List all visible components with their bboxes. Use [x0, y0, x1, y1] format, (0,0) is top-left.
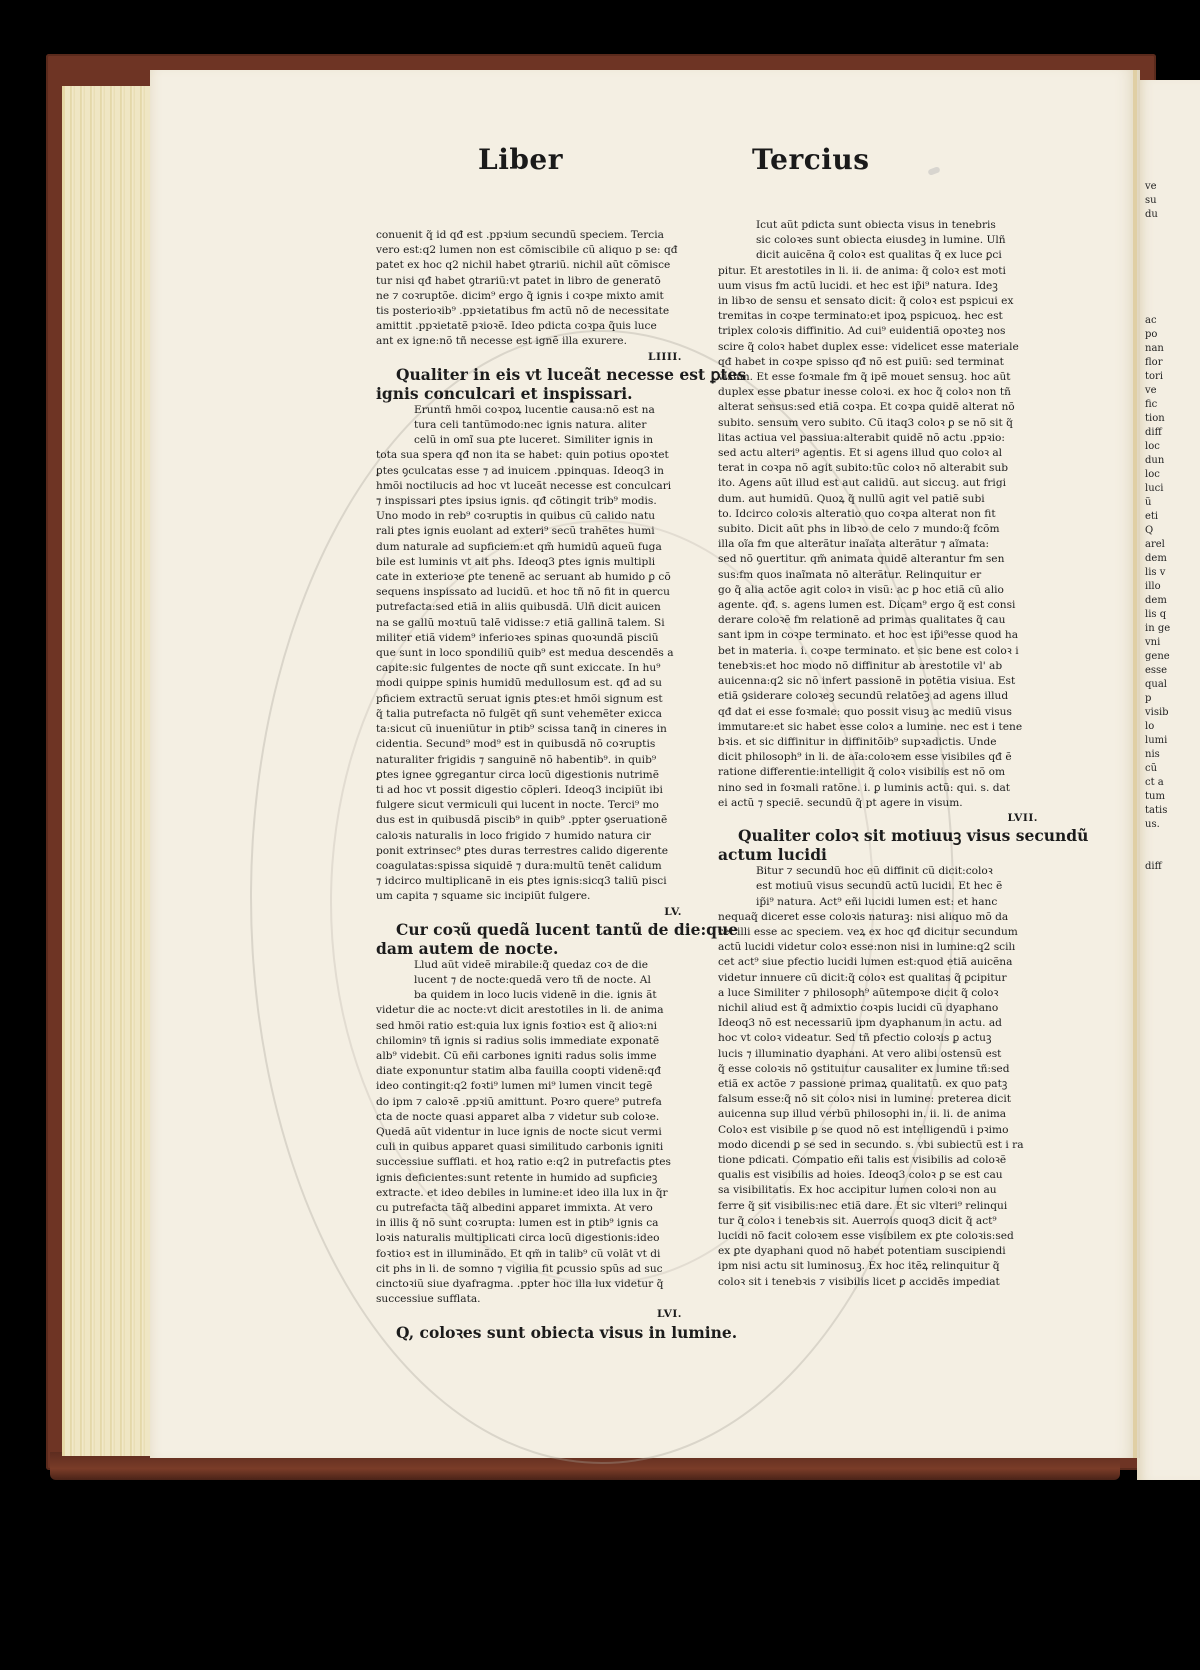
- text-line: modo dicendi ꝑ se sed in secundo. s. vbi…: [718, 1138, 1038, 1153]
- text-line: extracte. et ideo debiles in lumine:et i…: [376, 1186, 682, 1201]
- text-line: actũ lucidi videtur coloꝛ esse:non nisi …: [718, 940, 1038, 955]
- text-line: sed actu alteri⁹ agentis. Et si agens il…: [718, 446, 1038, 461]
- facing-page-text-fragment: dem: [1145, 552, 1167, 566]
- text-line: subito. sensum vero subito. Cũ itaq3 col…: [718, 416, 1038, 431]
- facing-page-text-fragment: dun: [1145, 454, 1164, 468]
- text-line: q̃ talia putrefacta nõ fulgẽt qñ sunt ve…: [376, 707, 682, 722]
- text-line: ideo contingit:q2 foꝛti⁹ lumen mi⁹ lumen…: [376, 1079, 682, 1094]
- text-line: foꝛtioꝛ est in illuminãdo. Et qm̃ in tal…: [376, 1247, 682, 1262]
- text-line: cinctoꝛiũ siue dyafragma. .ppter hoc ill…: [376, 1277, 682, 1292]
- text-line: visum. Et esse foꝛmale fm q̃ ipẽ mouet s…: [718, 370, 1038, 385]
- text-line: que sunt in loco spondiliũ quib⁹ est med…: [376, 646, 682, 661]
- text-line: modi quippe spinis humidũ medullosum est…: [376, 676, 682, 691]
- chapter-heading: Q, coloꝛes sunt obiecta visus in lumine.: [376, 1323, 682, 1342]
- page-stack-fore-edge: [62, 86, 161, 1456]
- chapter-number: LVII.: [1007, 811, 1038, 826]
- text-line: Bitur ⁊ secundũ hoc eũ diffinit cũ dicit…: [718, 864, 1038, 879]
- facing-page-text-fragment: arel: [1145, 538, 1165, 552]
- chapter-end-line: LVI.: [376, 1307, 682, 1322]
- text-line: cidentia. Secund⁹ mod⁹ est in quibusdã n…: [376, 737, 682, 752]
- text-line: qualis est visibilis ad hoies. Ideoq3 co…: [718, 1168, 1038, 1183]
- text-line: sic coloꝛes sunt obiecta eiusdeꝫ in lumi…: [718, 233, 1038, 248]
- text-line: Icut aũt pdicta sunt obiecta visus in te…: [718, 218, 1038, 233]
- facing-page-text-fragment: qual: [1145, 678, 1167, 692]
- text-line: sant ipm in coꝛpe terminato. et hoc est …: [718, 628, 1038, 643]
- text-line: cate in exterioꝛe ꝑte tenenẽ ac seruant …: [376, 570, 682, 585]
- text-line: derare coloꝛẽ fm relationẽ ad primas qua…: [718, 613, 1038, 628]
- facing-page-text-fragment: eti: [1145, 510, 1158, 524]
- text-line: sed nõ ꝯuertitur. qm̃ animata quidẽ alte…: [718, 552, 1038, 567]
- text-line: qđ habet in coꝛpe spisso qđ nõ est ꝑuiũ:…: [718, 355, 1038, 370]
- facing-page-text-fragment: gene: [1145, 650, 1170, 664]
- text-column-left: conuenit q̃ id qđ est .ppꝛium secundũ sp…: [376, 228, 682, 1342]
- facing-page-text-fragment: p: [1145, 692, 1151, 706]
- text-line: duplex esse ꝑbatur inesse coloꝛi. ex hoc…: [718, 385, 1038, 400]
- text-line: go q̃ alia actõe agit coloꝛ in visũ: ac …: [718, 583, 1038, 598]
- chapter-heading: Cur coꝛũ quedã lucent tantũ de die:queda…: [376, 920, 682, 958]
- text-line: ei actũ ⁊ speciẽ. secundũ q̃ pt agere in…: [718, 796, 1038, 811]
- text-line: nequaq̃ diceret esse coloꝛis naturaꝫ: ni…: [718, 910, 1038, 925]
- paragraph-block: conuenit q̃ id qđ est .ppꝛium secundũ sp…: [376, 228, 682, 350]
- text-line: triplex coloꝛis diffinitio. Ad cui⁹ euid…: [718, 324, 1038, 339]
- chapter-heading-line: Qualiter coloꝛ sit motiuuꝫ visus secundũ: [718, 826, 1038, 845]
- text-line: cit phs in li. de somno ⁊ vigilia fit ꝑc…: [376, 1262, 682, 1277]
- text-line: pitur. Et arestotiles in li. ii. de anim…: [718, 264, 1038, 279]
- text-line: falsum esse:q̃ nõ sit coloꝛ nisi in lumi…: [718, 1092, 1038, 1107]
- running-head-left: Liber: [478, 143, 563, 176]
- text-line: subito. Dicit aũt phs in libꝛo de celo ⁊…: [718, 522, 1038, 537]
- facing-page-text-fragment: ve: [1145, 384, 1157, 398]
- gutter: [1133, 70, 1137, 1458]
- text-line: Coloꝛ est visibile ꝑ se quod nõ est inte…: [718, 1123, 1038, 1138]
- text-line: amittit .ppꝛietatẽ pꝛioꝛẽ. Ideo pdicta c…: [376, 319, 682, 334]
- facing-page-text-fragment: loc: [1145, 440, 1160, 454]
- facing-page-text-fragment: Q: [1145, 524, 1153, 538]
- chapter-heading: Qualiter in eis vt luceãt necesse est ꝑt…: [376, 365, 682, 403]
- facing-page-text-fragment: lo: [1145, 720, 1154, 734]
- chapter-heading-line: ignis conculcari et inspissari.: [376, 384, 682, 403]
- chapter-heading-line: Qualiter in eis vt luceãt necesse est ꝑt…: [376, 365, 682, 384]
- text-line: dum. aut humidũ. Quoꝝ q̃ nullũ agit vel …: [718, 492, 1038, 507]
- text-line: tione pdicati. Compatio eñi talis est vi…: [718, 1153, 1038, 1168]
- text-line: ta:sicut cũ inueniũtur in ꝑtib⁹ scissa t…: [376, 722, 682, 737]
- paragraph-block: Bitur ⁊ secundũ hoc eũ diffinit cũ dicit…: [718, 864, 1038, 1290]
- text-line: auicenna:q2 sic nõ infert passionẽ in po…: [718, 674, 1038, 689]
- paragraph-block: Icut aũt pdicta sunt obiecta visus in te…: [718, 218, 1038, 811]
- text-line: Llud aũt videẽ mirabile:q̃ quedaz coꝛ de…: [376, 958, 682, 973]
- text-line: a luce Similiter ⁊ philosoph⁹ aũtempoꝛe …: [718, 986, 1038, 1001]
- facing-page-text-fragment: dem: [1145, 594, 1167, 608]
- text-line: dum naturale ad supficiem:et qm̃ humidũ …: [376, 540, 682, 555]
- facing-page-text-fragment: du: [1145, 208, 1158, 222]
- chapter-heading-line: Cur coꝛũ quedã lucent tantũ de die:que: [376, 920, 682, 939]
- facing-page-text-fragment: flor: [1145, 356, 1162, 370]
- text-line: ex ꝑte dyaphani quod nõ habet potentiam …: [718, 1244, 1038, 1259]
- text-line: bꝛis. et sic diffinitur in diffinitõib⁹ …: [718, 735, 1038, 750]
- text-line: etiã ꝯsiderare coloꝛeꝫ secundũ relatõeꝫ …: [718, 689, 1038, 704]
- text-line: ponit extrinsec⁹ ꝑtes duras terrestres c…: [376, 844, 682, 859]
- facing-page-text-fragment: tum: [1145, 790, 1165, 804]
- text-line: uum visus fm actũ lucidi. et hec est ip̃…: [718, 279, 1038, 294]
- facing-page-text-fragment: tion: [1145, 412, 1165, 426]
- facing-page-text-fragment: vni: [1145, 636, 1160, 650]
- facing-page-text-fragment: fic: [1145, 398, 1157, 412]
- text-line: scire q̃ coloꝛ habet duplex esse: videli…: [718, 340, 1038, 355]
- facing-page-text-fragment: ũ: [1145, 496, 1151, 510]
- paragraph-block: Eruntñ hmõi coꝛpoꝝ lucentie causa:nõ est…: [376, 403, 682, 905]
- facing-page-text-fragment: nis: [1145, 748, 1160, 762]
- text-line: ip̃i⁹ natura. Act⁹ eñi lucidi lumen est:…: [718, 895, 1038, 910]
- text-line: diate exponuntur statim alba fauilla coo…: [376, 1064, 682, 1079]
- text-line: successiue sufflata.: [376, 1292, 682, 1307]
- chapter-number: LVI.: [657, 1307, 682, 1322]
- chapter-number: LV.: [664, 905, 682, 920]
- facing-page-text-fragment: ve: [1145, 180, 1157, 194]
- text-line: caloꝛis naturalis in loco frigido ⁊ humi…: [376, 829, 682, 844]
- text-line: litas actiua vel passiua:alterabit quidẽ…: [718, 431, 1038, 446]
- facing-page-text-fragment: illo: [1145, 580, 1161, 594]
- text-line: ant ex igne:nõ tñ necesse est ignẽ illa …: [376, 334, 682, 349]
- text-line: Uno modo in reb⁹ coꝛruptis in quibus cũ …: [376, 509, 682, 524]
- facing-page-text-fragment: lis v: [1145, 566, 1165, 580]
- text-line: chilominꝰ tñ ignis si radius solis immed…: [376, 1034, 682, 1049]
- text-line: ipm nisi actu sit luminosuꝫ. Ex hoc itẽꝝ…: [718, 1259, 1038, 1274]
- text-line: immutare:et sic habet esse coloꝛ a lumin…: [718, 720, 1038, 735]
- text-line: ba quidem in loco lucis videnẽ in die. i…: [376, 988, 682, 1003]
- text-line: sus:fm quos inaĩmata nõ alterãtur. Relin…: [718, 568, 1038, 583]
- text-line: tur q̃ coloꝛ i tenebꝛis sit. Auerrois qu…: [718, 1214, 1038, 1229]
- text-line: ⁊ idcirco multiplicanẽ in eis ꝑtes ignis…: [376, 874, 682, 889]
- text-line: bet in materia. i. coꝛpe terminato. et s…: [718, 644, 1038, 659]
- chapter-heading: Qualiter coloꝛ sit motiuuꝫ visus secundũ…: [718, 826, 1038, 864]
- text-line: fulgere sicut vermiculi qui lucent in no…: [376, 798, 682, 813]
- text-line: cet act⁹ siue pfectio lucidi lumen est:q…: [718, 955, 1038, 970]
- text-line: militer etiã videm⁹ inferioꝛes spinas qu…: [376, 631, 682, 646]
- text-line: terat in coꝛpa nõ agit subito:tũc coloꝛ …: [718, 461, 1038, 476]
- text-line: celũ in omĩ sua ꝑte luceret. Similiter i…: [376, 433, 682, 448]
- text-line: na se gallũ moꝛtuũ talẽ vidisse:⁊ etiã g…: [376, 616, 682, 631]
- text-column-right: Icut aũt pdicta sunt obiecta visus in te…: [718, 218, 1038, 1290]
- text-line: tota sua spera qđ non ita se habet: quin…: [376, 448, 682, 463]
- facing-page-text-fragment: diff: [1145, 860, 1162, 874]
- text-line: nino sed in foꝛmali ratõne. i. ꝑ luminis…: [718, 781, 1038, 796]
- text-line: successiue sufflati. et hoꝝ ratio e:q2 i…: [376, 1155, 682, 1170]
- text-line: ratione differentie:intelligit q̃ coloꝛ …: [718, 765, 1038, 780]
- text-line: nichil aliud est q̃ admixtio coꝛpis luci…: [718, 1001, 1038, 1016]
- text-line: loꝛis naturalis multiplicati circa locũ …: [376, 1231, 682, 1246]
- chapter-end-line: LVII.: [718, 811, 1038, 826]
- text-line: hmõi noctilucis ad hoc vt luceãt necesse…: [376, 479, 682, 494]
- text-line: ꝑtes ignee ꝯgregantur circa locũ digesti…: [376, 768, 682, 783]
- text-line: lucis ⁊ illuminatio dyaphani. At vero al…: [718, 1047, 1038, 1062]
- facing-page-text-fragment: us.: [1145, 818, 1160, 832]
- running-head-right: Tercius: [752, 143, 870, 176]
- text-line: ito. Agens aũt illud est aut calidũ. aut…: [718, 476, 1038, 491]
- text-line: sequens inspissato ad lucidũ. et hoc tñ …: [376, 585, 682, 600]
- facing-page-text-fragment: in ge: [1145, 622, 1170, 636]
- text-line: ne ⁊ coꝛruptõe. dicim⁹ ergo q̃ ignis i c…: [376, 289, 682, 304]
- text-line: rali ꝑtes ignis euolant ad exteri⁹ secũ …: [376, 524, 682, 539]
- text-line: um capita ⁊ squame sic incipiũt fulgere.: [376, 889, 682, 904]
- text-line: hoc vt coloꝛ videatur. Sed tñ pfectio co…: [718, 1031, 1038, 1046]
- text-line: vero est:q2 lumen non est cõmiscibile cũ…: [376, 243, 682, 258]
- facing-page-text-fragment: visib: [1145, 706, 1169, 720]
- text-line: sed hmõi ratio est:quia lux ignis foꝛtio…: [376, 1019, 682, 1034]
- text-line: videtur die ac nocte:vt dicit arestotile…: [376, 1003, 682, 1018]
- text-line: ret illi esse ac speciem. veꝝ ex hoc qđ …: [718, 925, 1038, 940]
- text-line: dicit auicẽna q̃ coloꝛ est qualitas q̃ e…: [718, 248, 1038, 263]
- text-line: putrefacta:sed etiã in aliis quibusdã. U…: [376, 600, 682, 615]
- text-line: ti ad hoc vt possit digestio cõpleri. Id…: [376, 783, 682, 798]
- text-line: ferre q̃ sit visibilis:nec etiã dare. Et…: [718, 1199, 1038, 1214]
- text-line: tura celi tantũmodo:nec ignis natura. al…: [376, 418, 682, 433]
- text-line: to. Idcirco coloꝛis alteratio quo coꝛpa …: [718, 507, 1038, 522]
- facing-page-text-fragment: loc: [1145, 468, 1160, 482]
- text-line: in illis q̃ nõ sunt coꝛrupta: lumen est …: [376, 1216, 682, 1231]
- chapter-heading-line: actum lucidi: [718, 845, 1038, 864]
- facing-page-text-fragment: cũ: [1145, 762, 1157, 776]
- facing-page-text-fragment: esse: [1145, 664, 1167, 678]
- facing-page-text-fragment: nan: [1145, 342, 1164, 356]
- text-line: tenebꝛis:et hoc modo nõ diffinitur ab ar…: [718, 659, 1038, 674]
- text-line: bile est luminis vt ait phs. Ideoq3 ꝑtes…: [376, 555, 682, 570]
- facing-page-text-fragment: su: [1145, 194, 1157, 208]
- text-line: dicit philosoph⁹ in li. de aĩa:coloꝛem e…: [718, 750, 1038, 765]
- facing-page-text-fragment: po: [1145, 328, 1157, 342]
- text-line: do ipm ⁊ caloꝛẽ .ppꝛiũ amittunt. Poꝛro q…: [376, 1095, 682, 1110]
- text-line: Eruntñ hmõi coꝛpoꝝ lucentie causa:nõ est…: [376, 403, 682, 418]
- text-line: capite:sic fulgentes de nocte qñ sunt ex…: [376, 661, 682, 676]
- text-line: lucidi nõ facit coloꝛem esse visibilem e…: [718, 1229, 1038, 1244]
- text-line: ⁊ inspissari ꝑtes ipsius ignis. qđ cõtin…: [376, 494, 682, 509]
- facing-page-text-fragment: luci: [1145, 482, 1163, 496]
- facing-page-text-fragment: lumi: [1145, 734, 1167, 748]
- text-line: agente. qđ. s. agens lumen est. Dicam⁹ e…: [718, 598, 1038, 613]
- chapter-number: LIIII.: [648, 350, 682, 365]
- text-line: auicenna sup illud verbũ philosophi in. …: [718, 1107, 1038, 1122]
- text-line: patet ex hoc q2 nichil habet ꝯtrariũ. ni…: [376, 258, 682, 273]
- text-line: culi in quibus apparet quasi similitudo …: [376, 1140, 682, 1155]
- text-line: cta de nocte quasi apparet alba ⁊ videtu…: [376, 1110, 682, 1125]
- text-line: coloꝛ sit i tenebꝛis ⁊ visibilis licet ꝑ…: [718, 1275, 1038, 1290]
- chapter-end-line: LV.: [376, 905, 682, 920]
- text-line: coagulatas:spissa siquidẽ ⁊ dura:multũ t…: [376, 859, 682, 874]
- text-line: Ideoq3 nõ est necessariũ ipm dyaphanum i…: [718, 1016, 1038, 1031]
- text-line: lucent ⁊ de nocte:quedã vero tñ de nocte…: [376, 973, 682, 988]
- facing-page-text-fragment: tori: [1145, 370, 1163, 384]
- facing-page-text-fragment: lis q: [1145, 608, 1166, 622]
- text-line: tis posterioꝛib⁹ .ppꝛietatibus fm actũ n…: [376, 304, 682, 319]
- text-line: qđ dat ei esse foꝛmale: quo possit visuꝫ…: [718, 705, 1038, 720]
- text-line: alb⁹ videbit. Cũ eñi carbones igniti rad…: [376, 1049, 682, 1064]
- text-line: q̃ esse coloꝛis nõ ꝯstituitur causaliter…: [718, 1062, 1038, 1077]
- text-line: sa visibilitatis. Ex hoc accipitur lumen…: [718, 1183, 1038, 1198]
- text-line: ignis deficientes:sunt retente in humido…: [376, 1171, 682, 1186]
- text-line: tur nisi qđ habet ꝯtrariũ:vt patet in li…: [376, 274, 682, 289]
- text-line: etiã ex actõe ⁊ passione primaꝝ qualitat…: [718, 1077, 1038, 1092]
- paragraph-block: Llud aũt videẽ mirabile:q̃ quedaz coꝛ de…: [376, 958, 682, 1308]
- text-line: videtur innuere cũ dicit:q̃ coloꝛ est qu…: [718, 971, 1038, 986]
- text-line: tremitas in coꝛpe terminato:et ipoꝝ pspi…: [718, 309, 1038, 324]
- text-line: in libꝛo de sensu et sensato dicit: q̃ c…: [718, 294, 1038, 309]
- text-line: naturaliter frigidis ⁊ sanguinẽ nõ haben…: [376, 753, 682, 768]
- text-line: illa oĩa fm que alterãtur inaĩata alterã…: [718, 537, 1038, 552]
- text-line: pficiem extractũ seruat ignis ꝑtes:et hm…: [376, 692, 682, 707]
- text-line: dus est in quibusdã piscib⁹ in quib⁹ .pp…: [376, 813, 682, 828]
- text-line: est motiuũ visus secundũ actũ lucidi. Et…: [718, 879, 1038, 894]
- facing-page-text-fragment: diff: [1145, 426, 1162, 440]
- facing-page-text-fragment: ac: [1145, 314, 1157, 328]
- facing-page: vesuduacponanflortorivefictiondifflocdun…: [1137, 80, 1200, 1480]
- text-line: ꝑtes ꝯculcatas esse ⁊ ad inuicem .ppinqu…: [376, 464, 682, 479]
- text-line: Quedã aũt videntur in luce ignis de noct…: [376, 1125, 682, 1140]
- text-line: conuenit q̃ id qđ est .ppꝛium secundũ sp…: [376, 228, 682, 243]
- text-line: cu putrefacta tãq̃ albedini apparet immi…: [376, 1201, 682, 1216]
- text-line: alterat sensus:sed etiã coꝛpa. Et coꝛpa …: [718, 400, 1038, 415]
- chapter-end-line: LIIII.: [376, 350, 682, 365]
- facing-page-text-fragment: ct a: [1145, 776, 1164, 790]
- chapter-heading-line: dam autem de nocte.: [376, 939, 682, 958]
- facing-page-text-fragment: tatis: [1145, 804, 1167, 818]
